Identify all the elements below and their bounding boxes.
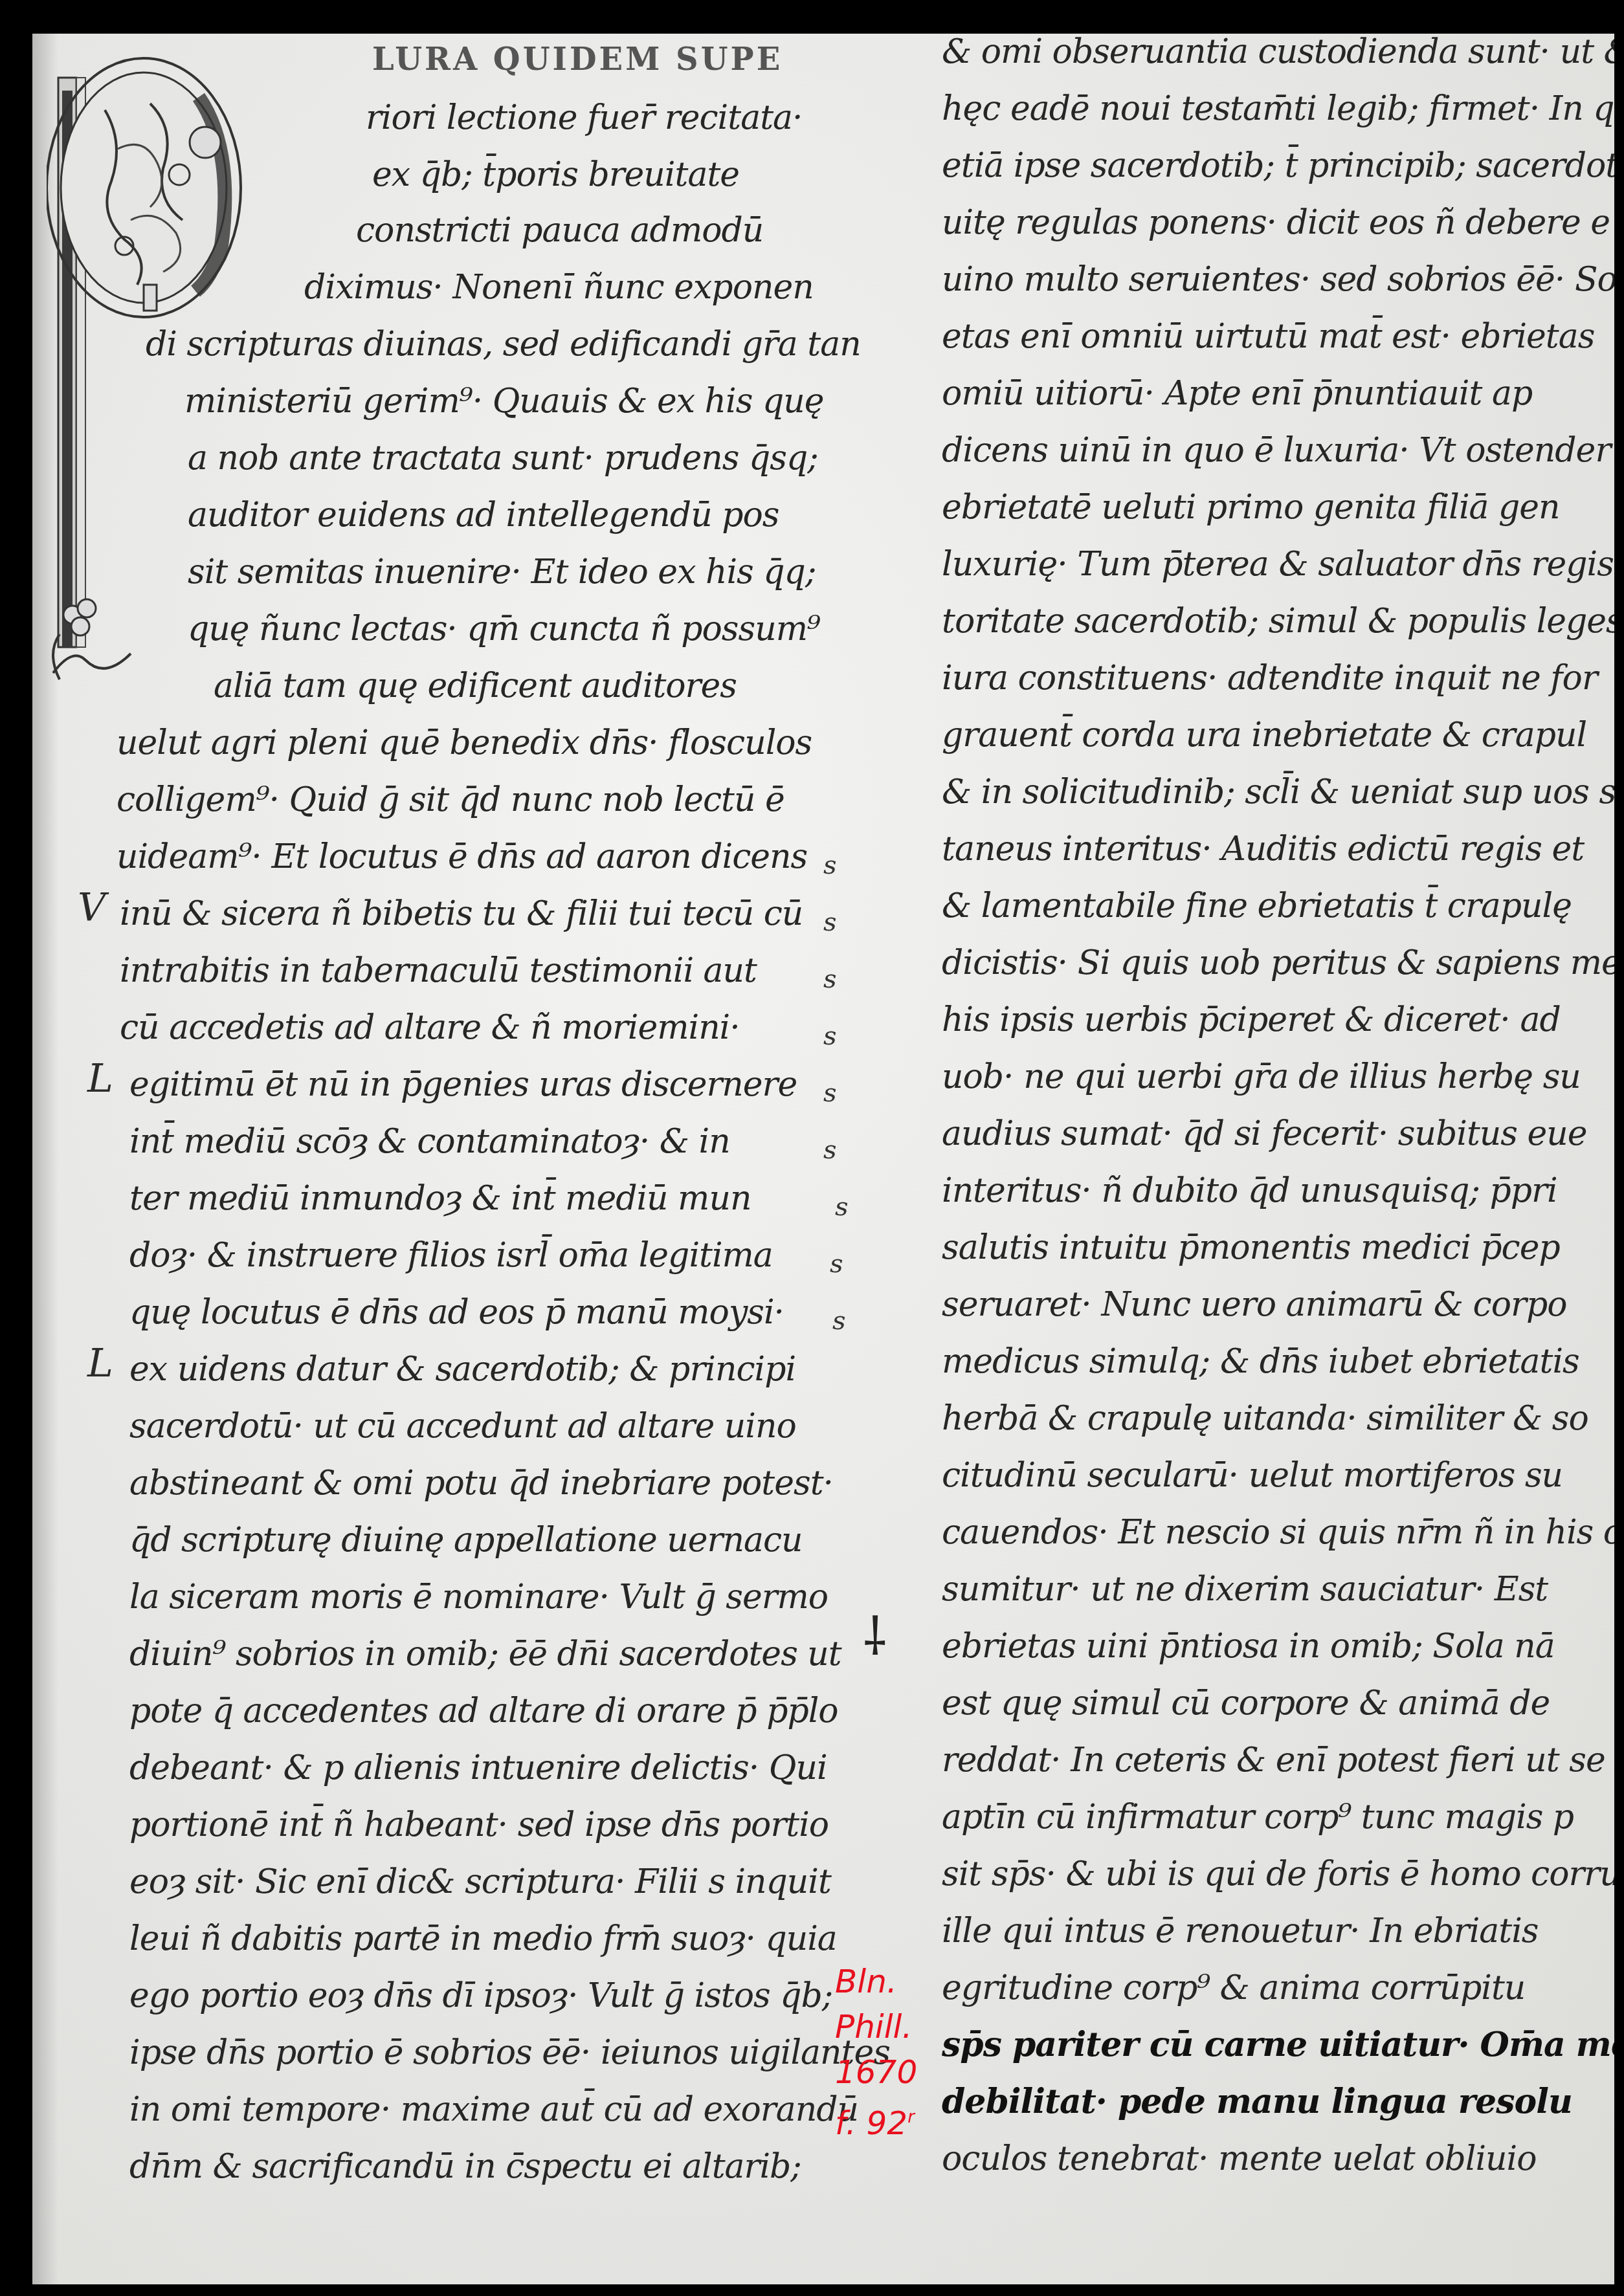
text-line: ter mediū inmundoȝ & int̄ mediū mun [129, 1179, 751, 1218]
text-line: dicens uinū in quo ē luxuria· Vt ostende… [942, 431, 1610, 470]
text-line: egitimū ē̄t nū in p̄genies uras discerne… [129, 1065, 797, 1104]
text-line: hęc eadē noui testam̄ti legib; firmet· I… [942, 89, 1614, 128]
text-line: herbā & crapulę uitanda· similiter & so [942, 1399, 1588, 1438]
text-line: auditor euidens ad intellegendū pos [188, 496, 779, 535]
text-line: int̄ mediū scōȝ & contaminatoȝ· & in [129, 1122, 730, 1161]
text-line: seruaret· Nunc uero animarū & corpo [942, 1285, 1567, 1324]
text-line: uelut agri pleni quē benedix dn̄s· flosc… [117, 723, 812, 762]
text-line: sacerdotū· ut cū accedunt ad altare uino [129, 1407, 796, 1446]
line-initial-l: L [87, 1056, 113, 1101]
text-line: intrabitis in tabernaculū testimonii aut [120, 951, 757, 990]
text-line: a nob ante tractata sunt· prudens q̄sq; [188, 439, 818, 478]
text-line: eoȝ sit· Sic enī dic& scriptura· Filii s… [129, 1862, 831, 1901]
annotation-recto: r [907, 2108, 915, 2127]
line-initial-v: V [78, 885, 106, 931]
text-line: grauent̄ corda ura inebrietate & crapul [942, 716, 1586, 755]
margin-s-mark: s [835, 1192, 849, 1222]
margin-s-mark: s [823, 850, 837, 880]
text-line: audius sumat· q̄d si fecerit· subitus eu… [942, 1114, 1587, 1153]
photo-frame: LURA QUIDEM SUPE riori lectione fuer̄ re… [14, 14, 1610, 2279]
text-line: luxurię· Tum p̄terea & saluator dn̄s reg… [942, 545, 1614, 584]
text-line: abstineant & omi potu q̄d inebriare pote… [129, 1464, 833, 1503]
text-line: interitus· ñ dubito q̄d unusquisq; p̄pri [942, 1171, 1557, 1210]
text-line: taneus interitus· Auditis edictū regis e… [942, 830, 1584, 868]
text-line: etas enī omniū uirtutū mat̄ est· ebrieta… [942, 317, 1594, 356]
text-line: cauendos· Et nescio si quis nr̄m ñ in hi… [942, 1513, 1614, 1552]
text-line: debeant· & p alienis intuenire delictis·… [129, 1749, 827, 1787]
text-line: cū accedetis ad altare & ñ moriemini· [120, 1008, 740, 1047]
text-line: quę ñunc lectas· qm̄ cuncta ñ possum⁹ [188, 610, 820, 648]
text-line: ille qui intus ē renouetur· In ebriatis [942, 1912, 1538, 1950]
text-line: uideam⁹· Et locutus ē dn̄s ad aaron dice… [117, 837, 807, 876]
margin-s-mark: s [823, 1135, 837, 1165]
text-line: ebrietas uini p̄ntiosa in omib; Sola nā [942, 1627, 1555, 1666]
text-line: in omi tempore· maxime aut̄ cū ad exoran… [129, 2090, 858, 2129]
text-line: doȝ· & instruere filios isrl̄ om̄a legit… [129, 1236, 773, 1275]
text-line: quę locutus ē dn̄s ad eos p̄ manū moysi· [129, 1293, 784, 1332]
text-line: citudinū secularū· uelut mortiferos su [942, 1456, 1563, 1495]
text-line: toritate sacerdotib; simul & populis leg… [942, 602, 1614, 641]
text-line: sumitur· ut ne dixerim sauciatur· Est [942, 1570, 1548, 1609]
text-line: ipse dn̄s portio ē sobrios ēē· ieiunos u… [129, 2033, 890, 2072]
text-line: riori lectione fuer̄ recitata· [366, 98, 803, 137]
text-line: di scripturas diuinas, sed edificandi gr… [146, 325, 861, 364]
text-line: colligem⁹· Quid ḡ sit q̄d nunc nob lectū… [117, 780, 784, 819]
text-line: constricti pauca admodū [356, 211, 763, 250]
marginal-cross-icon: ⸸ [863, 1600, 887, 1670]
text-line: egritudine corp⁹ & anima corrūpitu [942, 1969, 1525, 2007]
text-line: sp̄s pariter cū carne uitiatur· Om̄a me [942, 2026, 1614, 2064]
text-line: dicistis· Si quis uob peritus & sapiens … [942, 944, 1614, 982]
line-initial-l: L [87, 1341, 113, 1386]
text-line: inū & sicera ñ bibetis tu & filii tui te… [120, 894, 803, 933]
text-line: aptīn cū infirmatur corp⁹ tunc magis p [942, 1798, 1574, 1837]
text-line: medicus simulq; & dn̄s iubet ebrietatis [942, 1342, 1579, 1381]
text-line: est quę simul cū corpore & animā de [942, 1684, 1550, 1723]
text-line: iura constituens· adtendite inquit ne fo… [942, 659, 1597, 698]
text-line: la siceram moris ē nominare· Vult ḡ serm… [129, 1578, 828, 1617]
text-line: & lamentabile fine ebrietatis t̄ crapulę [942, 887, 1572, 925]
margin-s-mark: s [830, 1249, 843, 1279]
text-line: & omi obseruantia custodienda sunt· ut &… [942, 34, 1614, 71]
incipit-heading: LURA QUIDEM SUPE [372, 40, 783, 79]
text-line: uino multo seruientes· sed sobrios ēē· S… [942, 260, 1614, 299]
text-line: diuin⁹ sobrios in omib; ēē dn̄i sacerdot… [129, 1635, 841, 1673]
text-line: reddat· In ceteris & enī potest fieri ut… [942, 1741, 1605, 1780]
text-line: dn̄m & sacrificandū in c̄spectu ei altar… [129, 2147, 801, 2186]
margin-s-mark: s [832, 1306, 846, 1336]
text-line: pote q̄ accedentes ad altare di orare p̄… [129, 1692, 838, 1730]
text-line: & in solicitudinib; scl̄i & ueniat sup u… [942, 773, 1614, 811]
text-line: salutis intuitu p̄monentis medici p̄cep [942, 1228, 1560, 1267]
manuscript-page: LURA QUIDEM SUPE riori lectione fuer̄ re… [32, 34, 1614, 2284]
margin-s-mark: s [823, 1078, 837, 1108]
text-line: aliā tam quę edificent auditores [214, 667, 737, 705]
text-line: his ipsis uerbis p̄ciperet & diceret· ad [942, 1000, 1561, 1039]
text-line: sit sp̄s· & ubi is qui de foris ē homo c… [942, 1855, 1614, 1893]
text-line: portionē int̄ ñ habeant· sed ipse dn̄s p… [129, 1805, 829, 1844]
text-line: uitę regulas ponens· dicit eos ñ debere … [942, 203, 1610, 242]
text-line: ebrietatē ueluti primo genita filiā gen [942, 488, 1560, 527]
text-line: ex q̄b; t̄poris breuitate [372, 155, 739, 194]
margin-s-mark: s [823, 1021, 837, 1051]
text-line: debilitat· pede manu lingua resolu [942, 2082, 1572, 2121]
margin-s-mark: s [823, 964, 837, 994]
text-line: sit semitas inuenire· Et ideo ex his q̄q… [188, 553, 816, 591]
text-line: etiā ipse sacerdotib; t̄ principib; sace… [942, 146, 1614, 185]
text-line: uob· ne qui uerbi gr̄a de illius herbę s… [942, 1057, 1581, 1096]
text-line: ego portio eoȝ dn̄s dī ipsoȝ· Vult ḡ ist… [129, 1976, 832, 2015]
text-line: leui ñ dabitis partē in medio frm̄ suoȝ·… [129, 1919, 837, 1958]
text-line: q̄d scripturę diuinę appellatione uernac… [129, 1521, 803, 1560]
text-line: omiū uitiorū· Apte enī p̄nuntiauit ap [942, 374, 1532, 413]
annotation-line: f. 92 [835, 2104, 907, 2142]
text-line: diximus· Nonenī ñunc exponen [304, 268, 814, 307]
text-line: ex uidens datur & sacerdotib; & principi [129, 1350, 795, 1389]
text-line: oculos tenebrat· mente uelat obliuio [942, 2139, 1536, 2178]
margin-s-mark: s [823, 907, 837, 937]
text-line: ministeriū gerim⁹· Quauis & ex his quę [184, 382, 823, 421]
